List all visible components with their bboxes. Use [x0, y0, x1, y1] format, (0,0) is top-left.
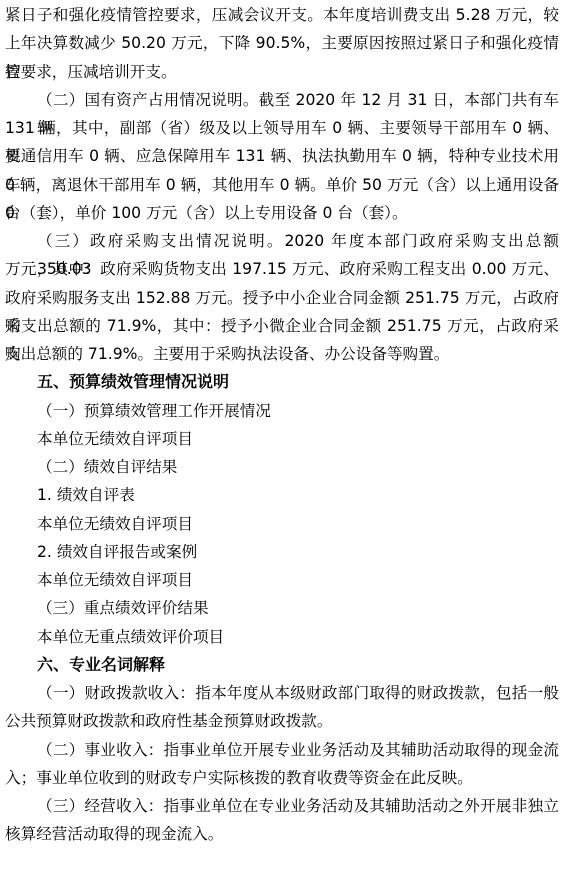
body-text: 本单位无重点绩效评价项目	[5, 623, 559, 651]
text-line: （二）国有资产占用情况说明。截至 2020 年 12 月 31 日，本部门共有车…	[5, 86, 559, 114]
definition-fiscal-appropriation: （一）财政拨款收入：指本年度从本级财政部门取得的财政拨款，包括一般 公共预算财政…	[5, 679, 559, 736]
paragraph-procurement: （三）政府采购支出情况说明。2020 年度本部门政府采购支出总额 350.03 …	[5, 227, 559, 368]
text-line: 购支出总额的 71.9%，其中：授予小微企业合同金额 251.75 万元，占政府…	[5, 312, 559, 340]
text-line: 核算经营活动取得的现金流入。	[5, 820, 559, 848]
section-heading-performance: 五、预算绩效管理情况说明	[5, 368, 559, 396]
subheading: （一）预算绩效管理工作开展情况	[5, 397, 559, 425]
text-line: 万元，其中：政府采购货物支出 197.15 万元、政府采购工程支出 0.00 万…	[5, 255, 559, 283]
body-text: 1. 绩效自评表	[5, 481, 559, 509]
subheading: （三）重点绩效评价结果	[5, 594, 559, 622]
definition-operating-income: （三）经营收入：指事业单位在专业业务活动及其辅助活动之外开展非独立 核算经营活动…	[5, 792, 559, 849]
text-line: 控要求，压减培训开支。	[5, 58, 559, 86]
text-line: 入；事业单位收到的财政专户实际核拨的教育收费等资金在此反映。	[5, 764, 559, 792]
paragraph-training-expenses: 紧日子和强化疫情管控要求，压减会议开支。本年度培训费支出 5.28 万元，较 上…	[5, 1, 559, 86]
text-line: 台（套），单价 100 万元（含）以上专用设备 0 台（套）。	[5, 199, 559, 227]
text-line: 0 辆，离退休干部用车 0 辆，其他用车 0 辆。单价 50 万元（含）以上通用…	[5, 171, 559, 199]
text-line: 紧日子和强化疫情管控要求，压减会议开支。本年度培训费支出 5.28 万元，较	[5, 1, 559, 29]
text-line: 支出总额的 71.9%。主要用于采购执法设备、办公设备等购置。	[5, 340, 559, 368]
body-text: 本单位无绩效自评项目	[5, 425, 559, 453]
subheading: （二）绩效自评结果	[5, 453, 559, 481]
text-line: 要通信用车 0 辆、应急保障用车 131 辆、执法执勤用车 0 辆，特种专业技术…	[5, 142, 559, 170]
text-line: （一）财政拨款收入：指本年度从本级财政部门取得的财政拨款，包括一般	[5, 679, 559, 707]
text-line: （二）事业收入：指事业单位开展专业业务活动及其辅助活动取得的现金流	[5, 736, 559, 764]
section-heading-glossary: 六、专业名词解释	[5, 651, 559, 679]
body-text: 本单位无绩效自评项目	[5, 566, 559, 594]
text-line: （三）政府采购支出情况说明。2020 年度本部门政府采购支出总额 350.03	[5, 227, 559, 255]
body-text: 2. 绩效自评报告或案例	[5, 538, 559, 566]
paragraph-state-assets: （二）国有资产占用情况说明。截至 2020 年 12 月 31 日，本部门共有车…	[5, 86, 559, 227]
definition-business-income: （二）事业收入：指事业单位开展专业业务活动及其辅助活动取得的现金流 入；事业单位…	[5, 736, 559, 793]
text-line: （三）经营收入：指事业单位在专业业务活动及其辅助活动之外开展非独立	[5, 792, 559, 820]
body-text: 本单位无绩效自评项目	[5, 510, 559, 538]
text-line: 131 辆，其中，副部（省）级及以上领导用车 0 辆、主要领导干部用车 0 辆、…	[5, 114, 559, 142]
text-line: 上年决算数减少 50.20 万元，下降 90.5%，主要原因按照过紧日子和强化疫…	[5, 29, 559, 57]
document-body: 紧日子和强化疫情管控要求，压减会议开支。本年度培训费支出 5.28 万元，较 上…	[5, 1, 559, 849]
text-line: 政府采购服务支出 152.88 万元。授予中小企业合同金额 251.75 万元，…	[5, 284, 559, 312]
text-line: 公共预算财政拨款和政府性基金预算财政拨款。	[5, 707, 559, 735]
